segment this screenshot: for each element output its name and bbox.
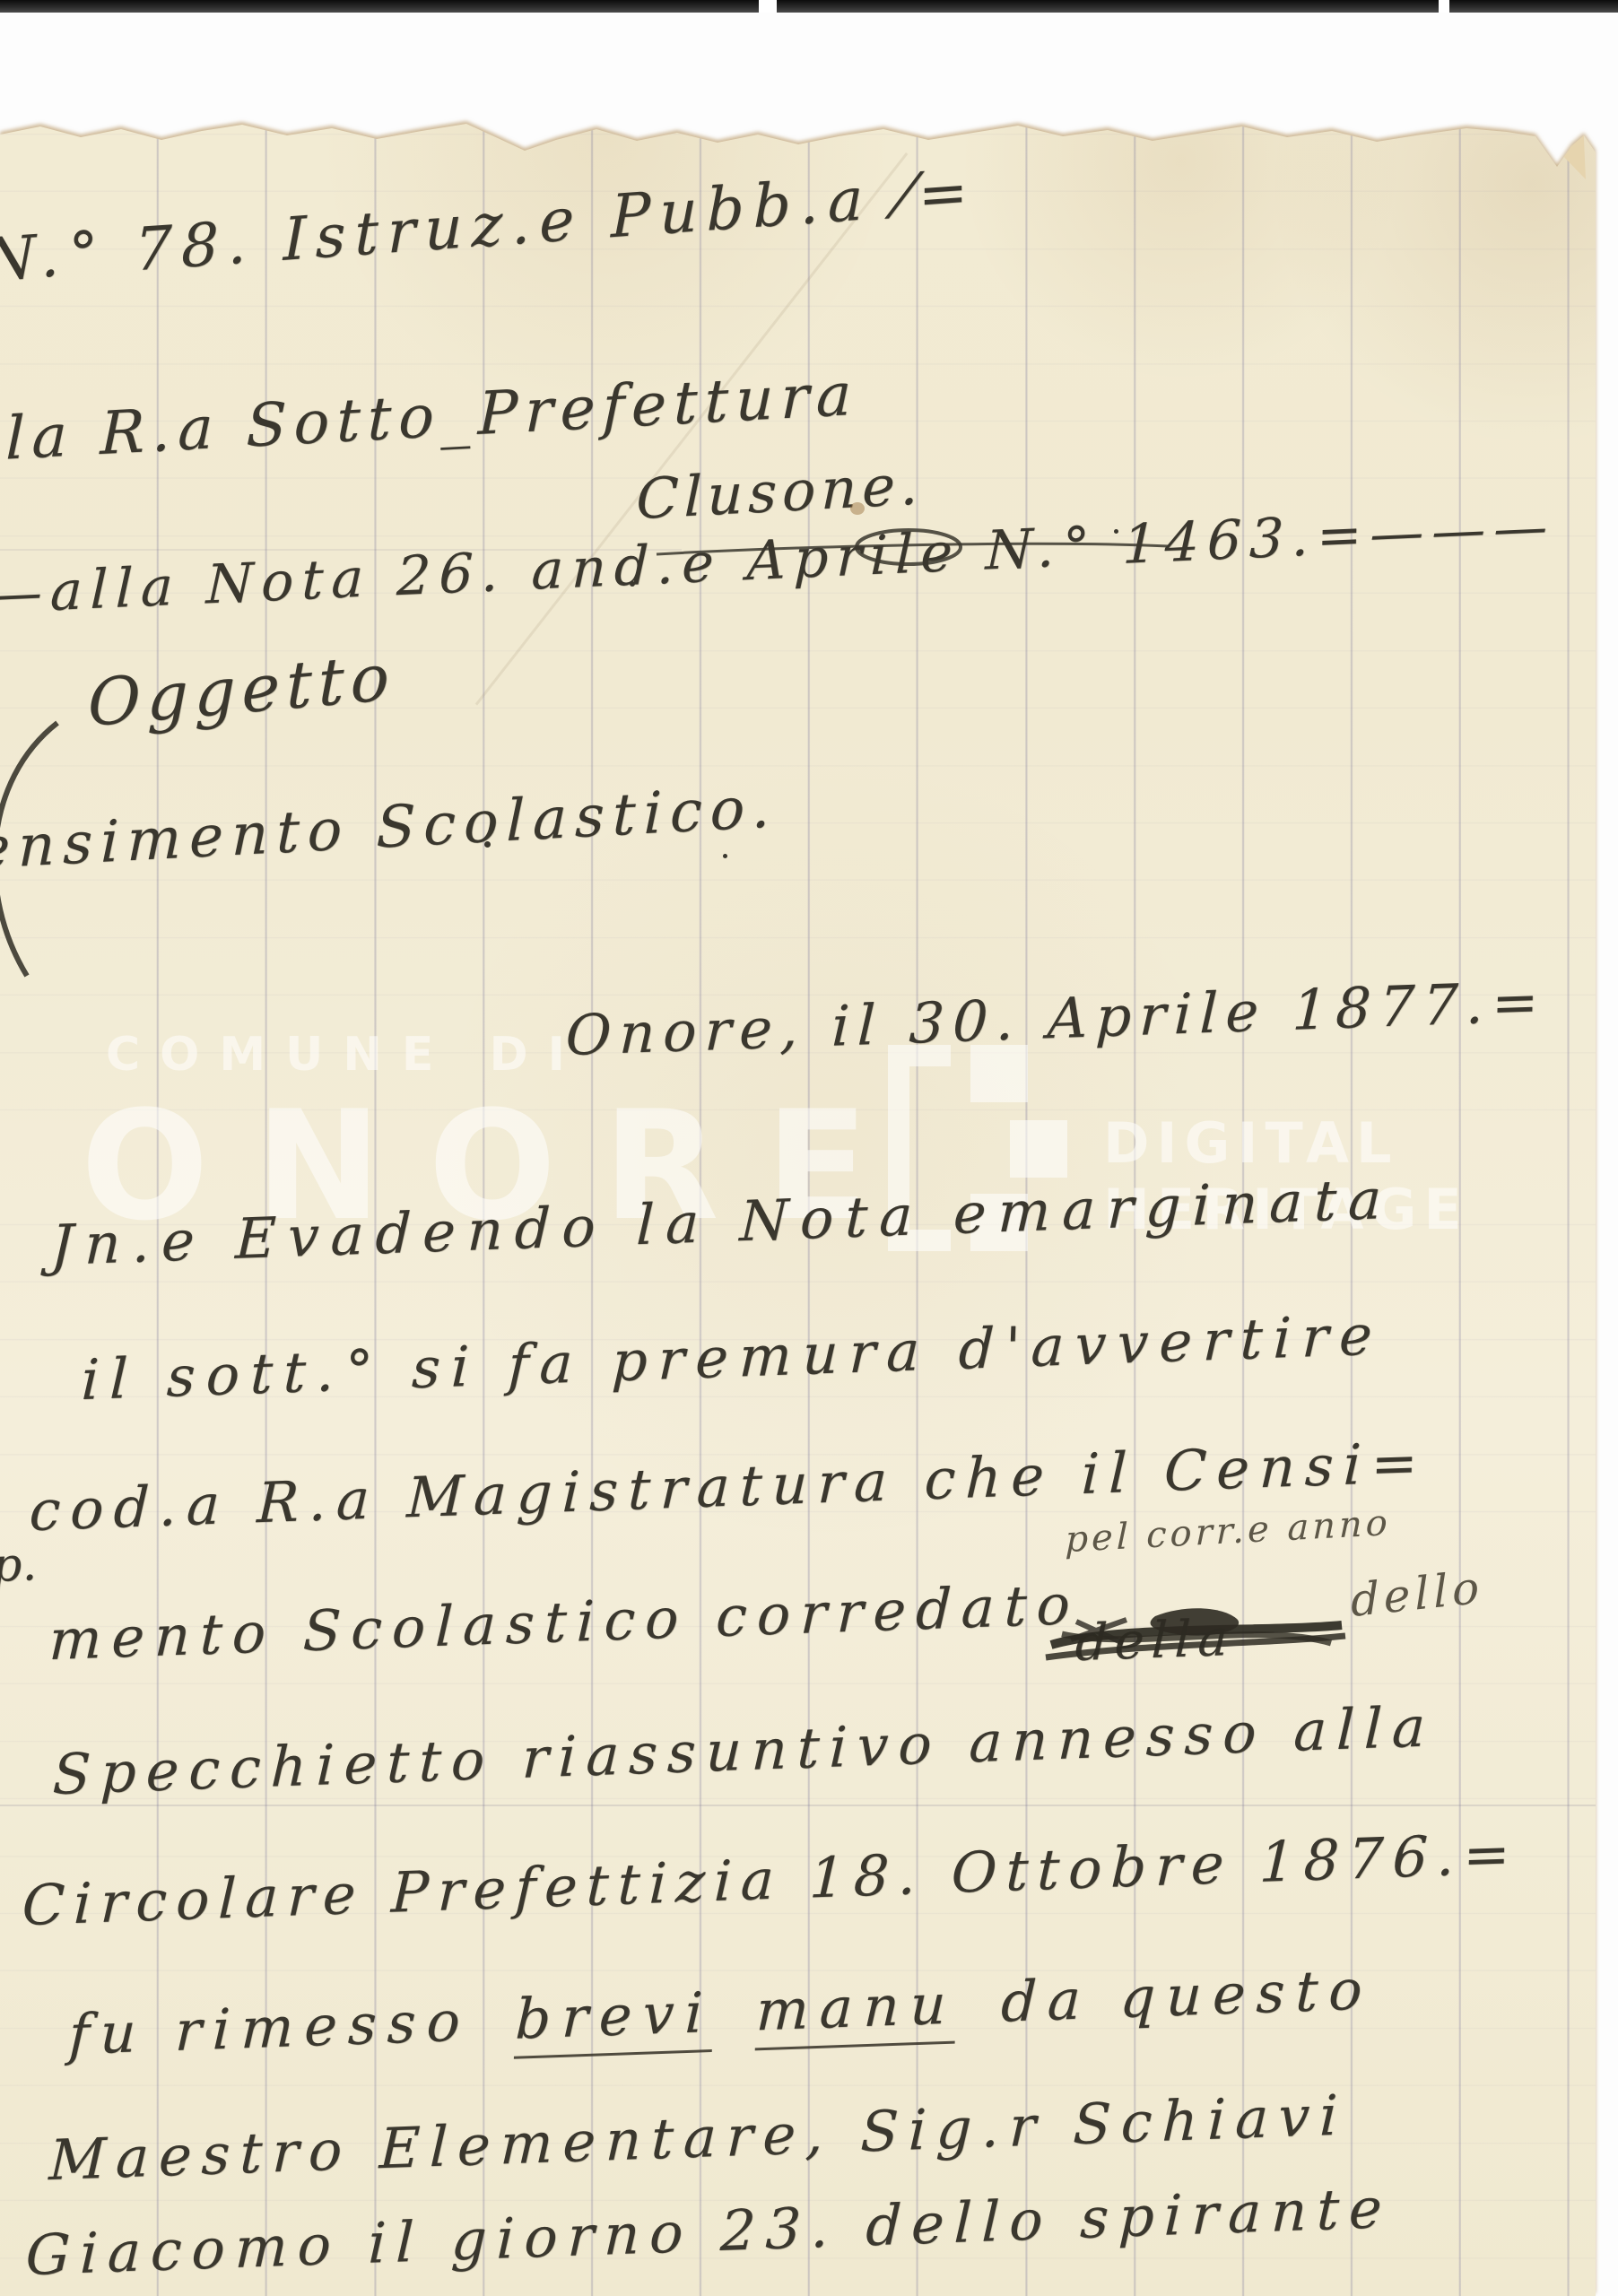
stain-spot (1231, 108, 1254, 117)
watermark-comune-di: COMUNE DI (106, 1028, 585, 1082)
ink-dot (1114, 529, 1118, 534)
watermark-digital: DIGITAL (1103, 1110, 1398, 1176)
paper-sheet-wrap: COMUNE DI ONORE DIGITAL HERITAGE N.° 78.… (0, 0, 1618, 2296)
body-line-7-end: da questo (1000, 1956, 1374, 2035)
underlined-manu: manu (755, 1970, 958, 2050)
ink-dot (630, 581, 635, 587)
underlined-brevi: brevi (514, 1979, 715, 2059)
strikethrough-scribble (1040, 1587, 1354, 1686)
margin-mark: p. (0, 1537, 38, 1593)
fold-crease (0, 1805, 1596, 1806)
ink-dot (484, 841, 491, 848)
stain-spot (850, 502, 865, 515)
scanned-document: COMUNE DI ONORE DIGITAL HERITAGE N.° 78.… (0, 0, 1618, 2296)
paper-sheet: COMUNE DI ONORE DIGITAL HERITAGE N.° 78.… (0, 0, 1596, 2296)
logo-block (1010, 1120, 1067, 1178)
ink-dot (723, 854, 727, 858)
